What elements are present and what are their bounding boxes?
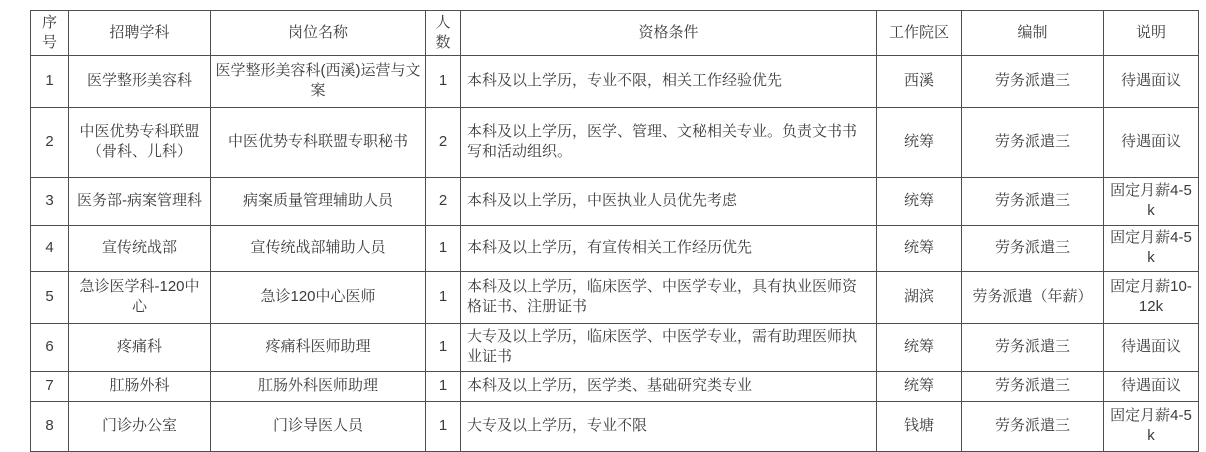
cell-campus: 统筹 bbox=[877, 107, 962, 177]
cell-establishment: 劳务派遣三 bbox=[962, 371, 1104, 401]
cell-establishment: 劳务派遣三 bbox=[962, 177, 1104, 225]
table-row: 4 宣传统战部 宣传统战部辅助人员 1 本科及以上学历，有宣传相关工作经历优先 … bbox=[31, 225, 1199, 271]
cell-note: 固定月薪4-5k bbox=[1104, 401, 1199, 451]
header-seq: 序号 bbox=[31, 11, 69, 56]
cell-position: 中医优势专科联盟专职秘书 bbox=[211, 107, 426, 177]
cell-department: 门诊办公室 bbox=[69, 401, 211, 451]
cell-count: 1 bbox=[426, 371, 461, 401]
cell-seq: 2 bbox=[31, 107, 69, 177]
cell-seq: 6 bbox=[31, 323, 69, 371]
cell-count: 1 bbox=[426, 225, 461, 271]
table-row: 7 肛肠外科 肛肠外科医师助理 1 本科及以上学历，医学类、基础研究类专业 统筹… bbox=[31, 371, 1199, 401]
table-row: 8 门诊办公室 门诊导医人员 1 大专及以上学历，专业不限 钱塘 劳务派遣三 固… bbox=[31, 401, 1199, 451]
cell-establishment: 劳务派遣三 bbox=[962, 55, 1104, 107]
cell-qualifications: 本科及以上学历，专业不限，相关工作经验优先 bbox=[461, 55, 877, 107]
cell-position: 病案质量管理辅助人员 bbox=[211, 177, 426, 225]
cell-department: 宣传统战部 bbox=[69, 225, 211, 271]
cell-position: 急诊120中心医师 bbox=[211, 271, 426, 323]
header-campus: 工作院区 bbox=[877, 11, 962, 56]
cell-note: 待遇面议 bbox=[1104, 107, 1199, 177]
table-header-row: 序号 招聘学科 岗位名称 人数 资格条件 工作院区 编制 说明 bbox=[31, 11, 1199, 56]
cell-count: 2 bbox=[426, 107, 461, 177]
cell-note: 固定月薪4-5k bbox=[1104, 225, 1199, 271]
header-department: 招聘学科 bbox=[69, 11, 211, 56]
cell-count: 1 bbox=[426, 401, 461, 451]
cell-establishment: 劳务派遣三 bbox=[962, 107, 1104, 177]
cell-seq: 3 bbox=[31, 177, 69, 225]
cell-qualifications: 本科及以上学历，临床医学、中医学专业，具有执业医师资格证书、注册证书 bbox=[461, 271, 877, 323]
cell-position: 疼痛科医师助理 bbox=[211, 323, 426, 371]
page: 序号 招聘学科 岗位名称 人数 资格条件 工作院区 编制 说明 1 医学整形美容… bbox=[0, 0, 1206, 438]
cell-campus: 统筹 bbox=[877, 323, 962, 371]
table-row: 2 中医优势专科联盟（骨科、儿科） 中医优势专科联盟专职秘书 2 本科及以上学历… bbox=[31, 107, 1199, 177]
table-row: 3 医务部-病案管理科 病案质量管理辅助人员 2 本科及以上学历，中医执业人员优… bbox=[31, 177, 1199, 225]
table-row: 5 急诊医学科-120中心 急诊120中心医师 1 本科及以上学历，临床医学、中… bbox=[31, 271, 1199, 323]
cell-department: 医学整形美容科 bbox=[69, 55, 211, 107]
cell-qualifications: 本科及以上学历，中医执业人员优先考虑 bbox=[461, 177, 877, 225]
cell-establishment: 劳务派遣（年薪） bbox=[962, 271, 1104, 323]
cell-seq: 7 bbox=[31, 371, 69, 401]
cell-campus: 统筹 bbox=[877, 225, 962, 271]
table-row: 1 医学整形美容科 医学整形美容科(西溪)运营与文案 1 本科及以上学历，专业不… bbox=[31, 55, 1199, 107]
cell-count: 1 bbox=[426, 55, 461, 107]
cell-count: 1 bbox=[426, 323, 461, 371]
cell-department: 肛肠外科 bbox=[69, 371, 211, 401]
cell-qualifications: 大专及以上学历，临床医学、中医学专业，需有助理医师执业证书 bbox=[461, 323, 877, 371]
cell-seq: 8 bbox=[31, 401, 69, 451]
header-establishment: 编制 bbox=[962, 11, 1104, 56]
cell-seq: 1 bbox=[31, 55, 69, 107]
cell-qualifications: 本科及以上学历，医学、管理、文秘相关专业。负责文书书写和活动组织。 bbox=[461, 107, 877, 177]
cell-note: 固定月薪4-5k bbox=[1104, 177, 1199, 225]
cell-count: 1 bbox=[426, 271, 461, 323]
header-count: 人数 bbox=[426, 11, 461, 56]
cell-campus: 钱塘 bbox=[877, 401, 962, 451]
cell-department: 疼痛科 bbox=[69, 323, 211, 371]
table-row: 6 疼痛科 疼痛科医师助理 1 大专及以上学历，临床医学、中医学专业，需有助理医… bbox=[31, 323, 1199, 371]
cell-department: 急诊医学科-120中心 bbox=[69, 271, 211, 323]
cell-qualifications: 大专及以上学历，专业不限 bbox=[461, 401, 877, 451]
recruitment-table: 序号 招聘学科 岗位名称 人数 资格条件 工作院区 编制 说明 1 医学整形美容… bbox=[30, 10, 1199, 452]
cell-campus: 统筹 bbox=[877, 177, 962, 225]
header-note: 说明 bbox=[1104, 11, 1199, 56]
cell-establishment: 劳务派遣三 bbox=[962, 323, 1104, 371]
cell-campus: 西溪 bbox=[877, 55, 962, 107]
header-qualifications: 资格条件 bbox=[461, 11, 877, 56]
cell-qualifications: 本科及以上学历，医学类、基础研究类专业 bbox=[461, 371, 877, 401]
cell-seq: 4 bbox=[31, 225, 69, 271]
cell-seq: 5 bbox=[31, 271, 69, 323]
cell-department: 医务部-病案管理科 bbox=[69, 177, 211, 225]
cell-position: 宣传统战部辅助人员 bbox=[211, 225, 426, 271]
cell-count: 2 bbox=[426, 177, 461, 225]
cell-establishment: 劳务派遣三 bbox=[962, 401, 1104, 451]
cell-note: 待遇面议 bbox=[1104, 323, 1199, 371]
cell-note: 待遇面议 bbox=[1104, 55, 1199, 107]
cell-campus: 统筹 bbox=[877, 371, 962, 401]
cell-position: 门诊导医人员 bbox=[211, 401, 426, 451]
cell-department: 中医优势专科联盟（骨科、儿科） bbox=[69, 107, 211, 177]
cell-campus: 湖滨 bbox=[877, 271, 962, 323]
cell-note: 待遇面议 bbox=[1104, 371, 1199, 401]
cell-position: 肛肠外科医师助理 bbox=[211, 371, 426, 401]
header-position: 岗位名称 bbox=[211, 11, 426, 56]
cell-note: 固定月薪10-12k bbox=[1104, 271, 1199, 323]
cell-qualifications: 本科及以上学历，有宣传相关工作经历优先 bbox=[461, 225, 877, 271]
cell-establishment: 劳务派遣三 bbox=[962, 225, 1104, 271]
cell-position: 医学整形美容科(西溪)运营与文案 bbox=[211, 55, 426, 107]
